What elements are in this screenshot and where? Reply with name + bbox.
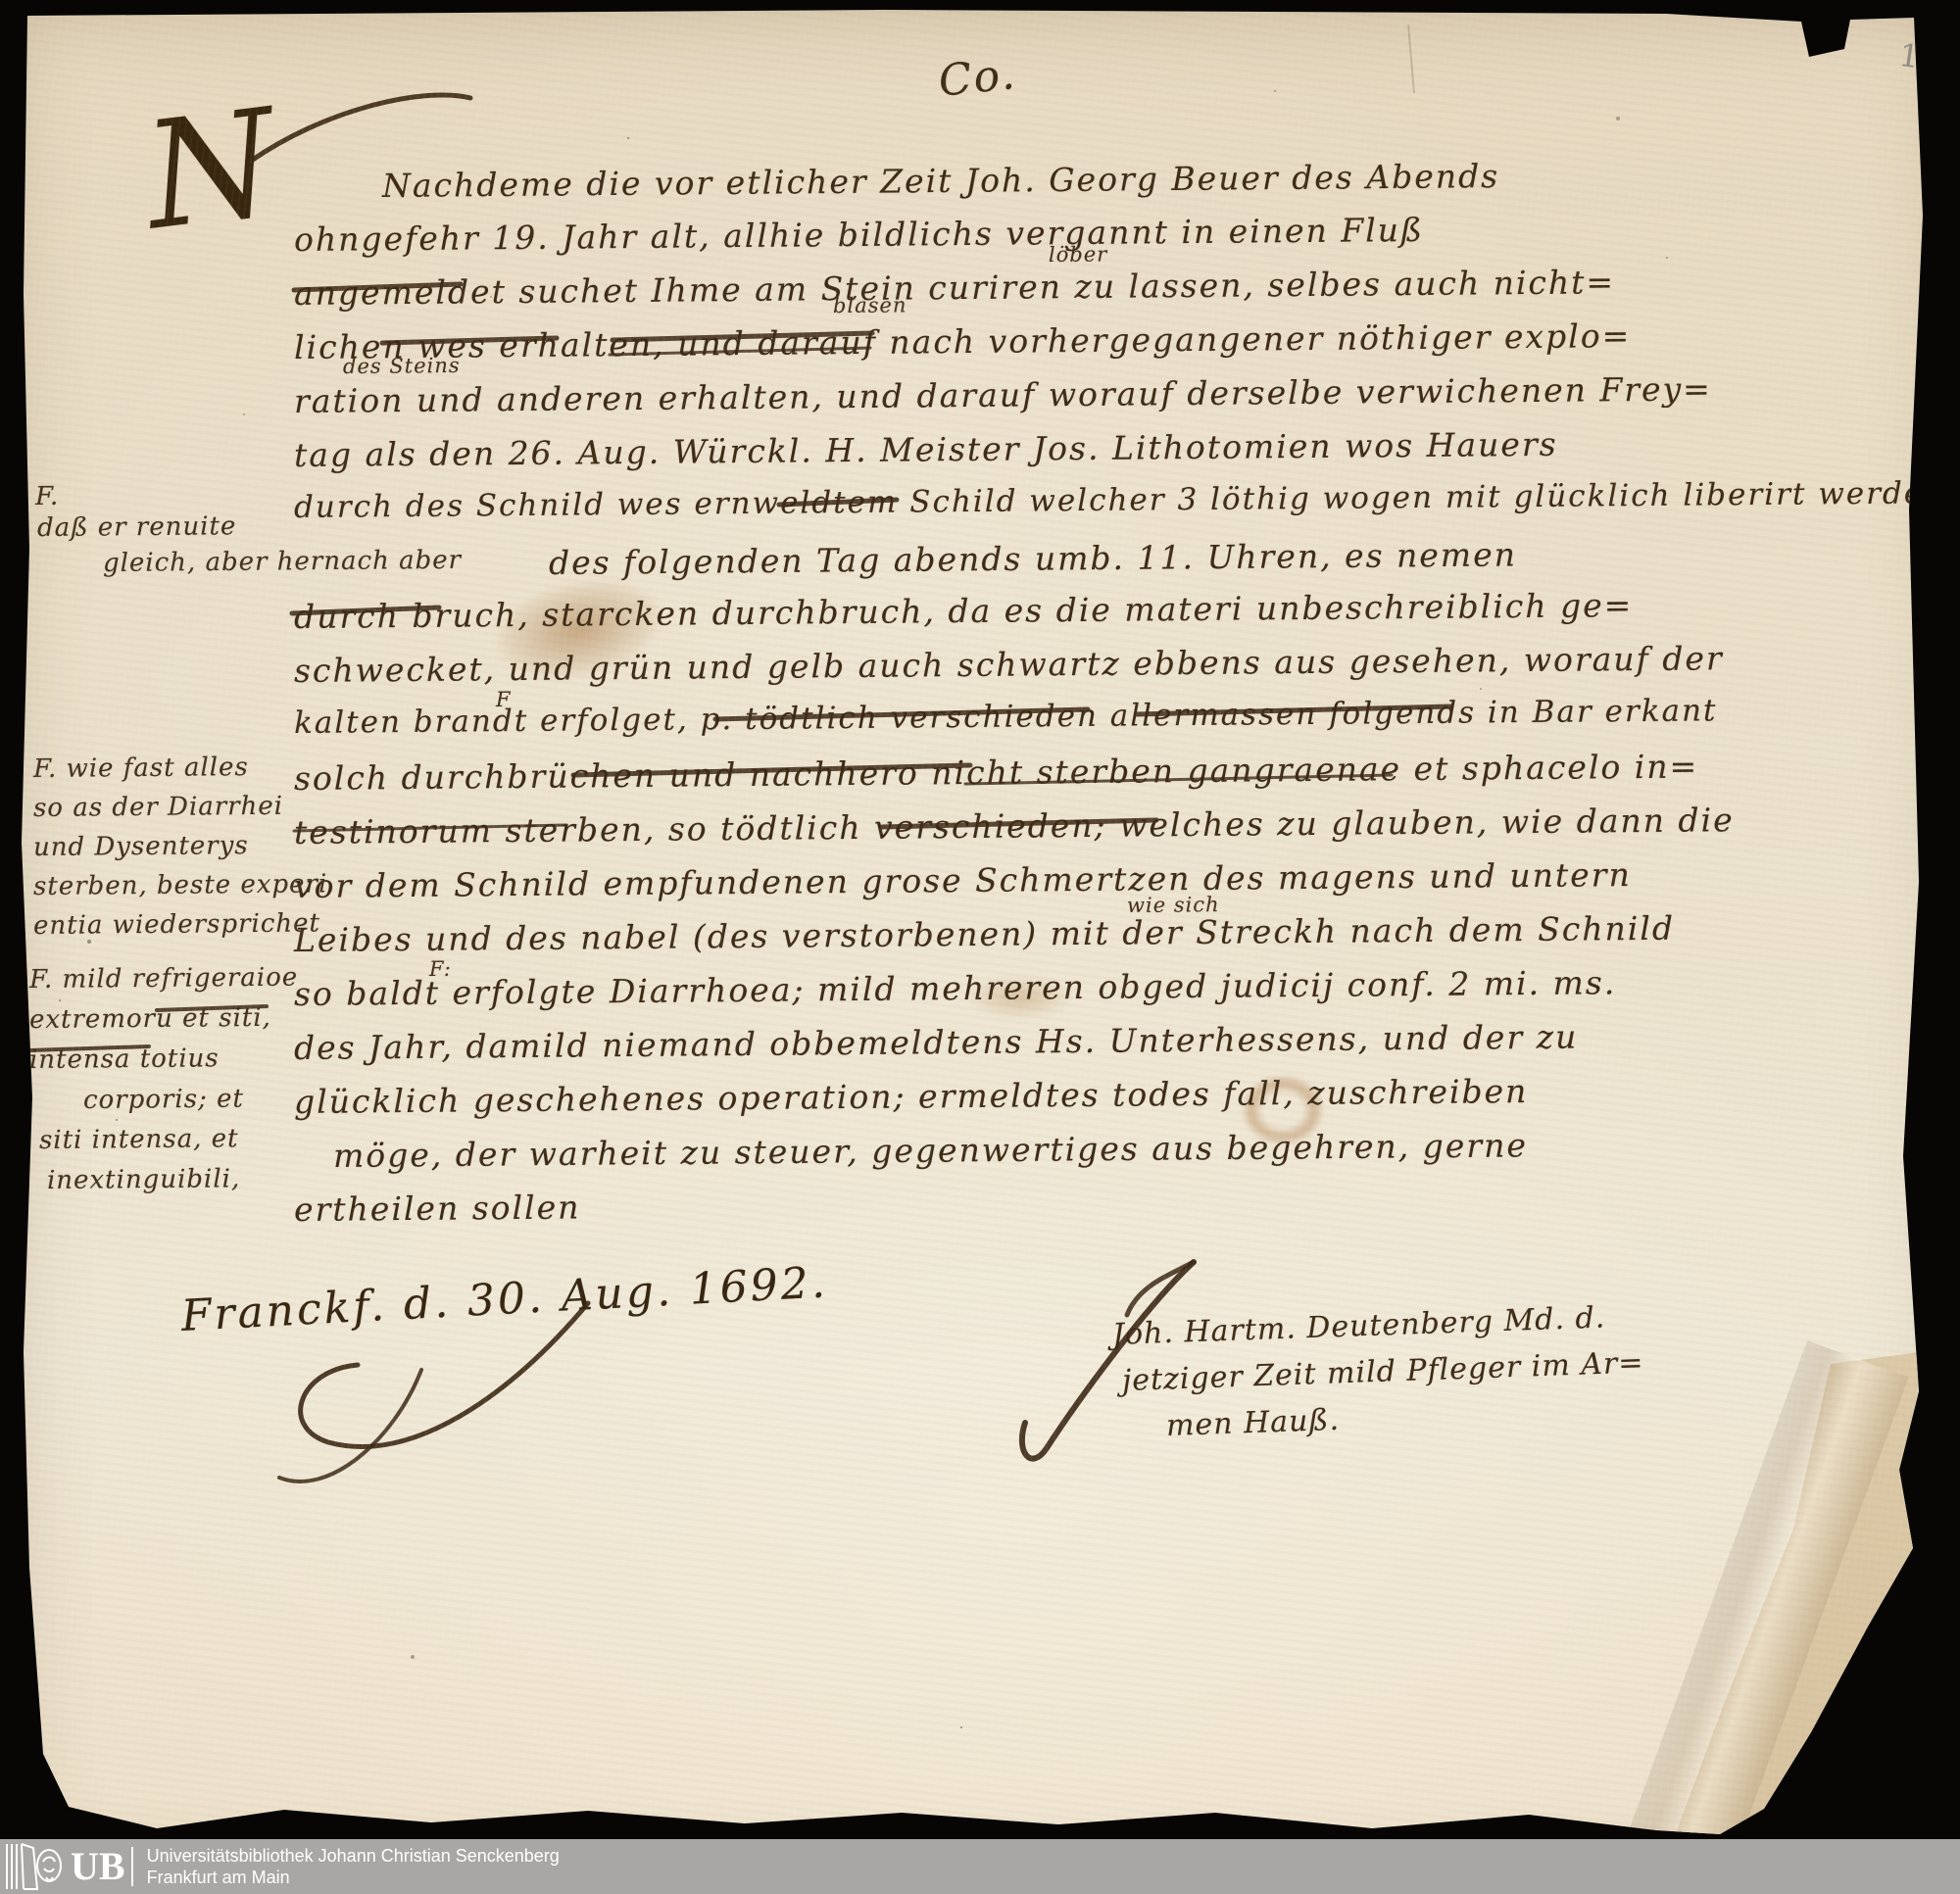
margin-note: extremoru et siti, (29, 1003, 271, 1035)
folio-number: 1 (1896, 36, 1921, 75)
signature-line: Joh. Hartm. Deutenberg Md. d. (1111, 1300, 1605, 1352)
margin-note: F. mild refrigeraioe (29, 963, 298, 995)
body-line: möge, der warheit zu steuer, gegenwertig… (333, 1126, 1528, 1175)
margin-note: intensa totius (29, 1044, 220, 1075)
margin-note: corporis; et (83, 1085, 244, 1115)
body-line: durch bruch, starcken durchbruch, da es … (294, 586, 1634, 636)
flourish-stroke (279, 1370, 421, 1481)
margin-note: entia wiedersprichet (33, 908, 320, 941)
flourish-stroke (250, 95, 470, 162)
margin-note: siti intensa, et (39, 1124, 239, 1155)
body-line: vor dem Schnild empfundenen grose Schmer… (294, 855, 1632, 905)
body-line: schwecket, und grün und gelb auch schwar… (294, 639, 1724, 690)
opening-initial: N (136, 77, 286, 263)
signature-line: men Hauß. (1165, 1403, 1340, 1443)
header-mark: Co. (936, 49, 1018, 107)
body-line: tag als den 26. Aug. Würckl. H. Meister … (294, 425, 1558, 474)
body-line: des Jahr, damild niemand obbemeldtens Hs… (294, 1018, 1579, 1067)
body-line: lichen wes erhalten, und darauf nach vor… (294, 316, 1632, 366)
margin-note: F. (35, 482, 60, 511)
margin-note: inextinguibili, (47, 1164, 240, 1195)
manuscript-paper-sheet: Co. N Nachdeme die vor etlicher Zeit Joh… (0, 0, 1960, 1894)
paper-specks (0, 0, 2, 2)
body-line: des folgenden Tag abends umb. 11. Uhren,… (549, 535, 1517, 582)
interlinear-insertion: blasen (833, 293, 907, 317)
library-institution: Universitätsbibliothek Johann Christian … (147, 1845, 560, 1868)
dateline: Franckf. d. 30. Aug. 1692. (180, 1257, 829, 1340)
margin-note: F. wie fast alles (33, 753, 249, 784)
margin-note: und Dysenterys (33, 831, 249, 862)
interlinear-insertion: löber (1049, 242, 1107, 267)
margin-note: daß er renuite (37, 511, 237, 543)
interlinear-insertion: F: (429, 957, 452, 981)
paper-crease-line (1408, 24, 1414, 93)
margin-note: so as der Diarrhei (33, 792, 283, 823)
body-line: Nachdeme die vor etlicher Zeit Joh. Geor… (382, 157, 1499, 205)
interlinear-insertion: des Steins (343, 354, 461, 378)
body-line: ertheilen sollen (294, 1188, 581, 1229)
signature-line: jetziger Zeit mild Pfleger im Ar= (1121, 1345, 1644, 1398)
logo-divider (131, 1847, 133, 1886)
body-line: Leibes und des nabel (des verstorbenen) … (294, 909, 1675, 959)
ub-logo-text: UB (71, 1847, 125, 1886)
body-line: durch des Schnild wes ernweldtem Schild … (294, 475, 1945, 525)
body-line: ohngefehr 19. Jahr alt, allhie bildlichs… (294, 211, 1424, 259)
body-line: angemeldet suchet Ihme am Stein curiren … (294, 263, 1615, 313)
margin-note: sterben, beste experi (33, 869, 327, 901)
body-line: glücklich geschehenes operation; ermeldt… (294, 1072, 1529, 1121)
library-logo: UB (0, 1839, 147, 1894)
body-line: solch durchbrüchen und nachhero nicht st… (294, 747, 1699, 798)
library-books-portrait-icon (4, 1842, 69, 1891)
library-caption: Universitätsbibliothek Johann Christian … (147, 1845, 560, 1889)
library-city: Frankfurt am Main (147, 1867, 560, 1889)
body-line: testinorum sterben, so tödtlich verschie… (294, 801, 1735, 851)
interlinear-insertion: wie sich (1127, 893, 1220, 917)
body-line: so baldt erfolgte Diarrhoea; mild mehrer… (294, 963, 1617, 1013)
margin-note: gleich, aber hernach aber (103, 546, 462, 578)
library-caption-bar: UB Universitätsbibliothek Johann Christi… (0, 1839, 1960, 1894)
interlinear-insertion: F (496, 688, 512, 711)
manuscript-scan-page: { "page": { "folio_number": "1", "header… (0, 0, 1960, 1894)
body-line: ration und anderen erhalten, und darauf … (294, 369, 1712, 420)
flourish-stroke (1127, 1262, 1194, 1315)
